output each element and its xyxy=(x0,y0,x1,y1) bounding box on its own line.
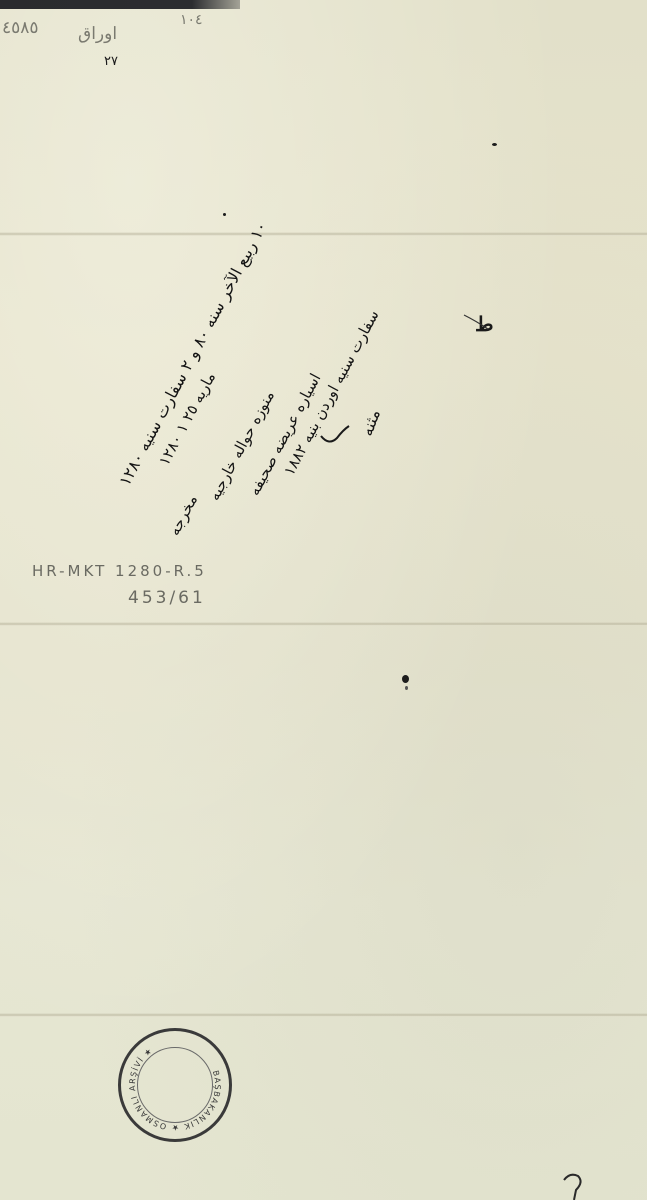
tilde-mark xyxy=(317,420,353,450)
endorsement-line-3: مخرجه xyxy=(165,492,201,539)
top-left-number: ٤٥٨٥ xyxy=(2,18,39,38)
document-page: ٤٥٨٥ اوراق ٢٧ ١٠٤ ط ١٠ ربيع الآخر سنه ٨٠… xyxy=(0,0,647,1200)
stamp-text-ring: BAŞBAKANLIK ★ OSMANLI ARŞİVİ ★ xyxy=(118,1028,232,1142)
ink-spot xyxy=(405,686,408,690)
scan-edge-strip xyxy=(0,0,240,9)
fold-line-1 xyxy=(0,232,647,236)
archive-reference-line-2: 453/61 xyxy=(128,588,206,608)
ink-spot xyxy=(402,675,409,683)
ink-spot xyxy=(492,143,497,146)
fold-line-3 xyxy=(0,1013,647,1017)
svg-text:BAŞBAKANLIK ★ OSMANLI ARŞİVİ ★: BAŞBAKANLIK ★ OSMANLI ARŞİVİ ★ xyxy=(118,1028,232,1142)
top-middle-ink-number: ٢٧ xyxy=(104,54,118,69)
ink-stroke xyxy=(462,313,492,333)
page-number-mark xyxy=(560,1172,590,1200)
top-middle-note: اوراق xyxy=(78,24,117,44)
fold-line-2 xyxy=(0,622,647,626)
endorsement-block: ١٠ ربيع الآخر سنه ٨٠ و ٢ سفارت سنيه ١٢٨٠… xyxy=(95,320,415,540)
archive-stamp: BAŞBAKANLIK ★ OSMANLI ARŞİVİ ★ xyxy=(118,1028,232,1142)
top-right-number: ١٠٤ xyxy=(180,12,203,28)
ink-spot xyxy=(223,213,226,216)
side-word: مثنه xyxy=(357,407,384,439)
archive-reference-line-1: HR-MKT 1280-R.5 xyxy=(32,562,207,580)
